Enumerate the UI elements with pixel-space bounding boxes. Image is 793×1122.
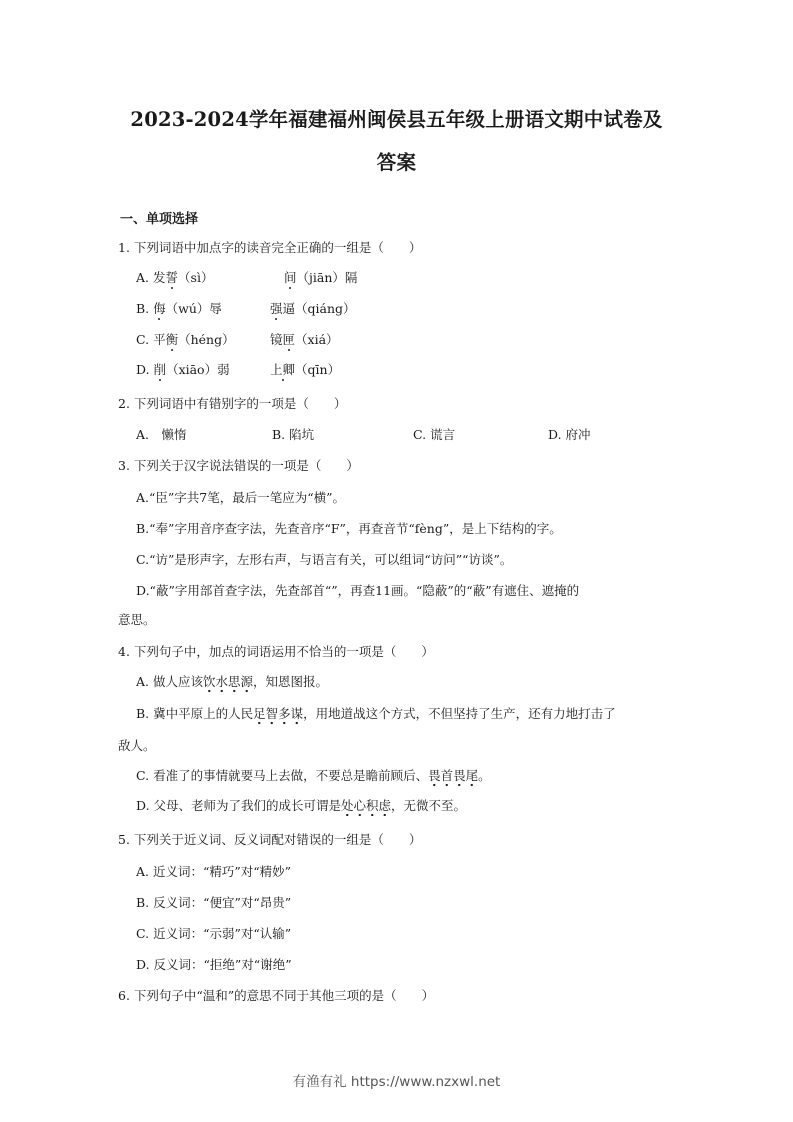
question-2-option-a: A. 懒惰 (136, 427, 187, 443)
question-3-option-c: C.“访”是形声字，左形右声，与语言有关，可以组词“访问”“访谈”。 (136, 552, 512, 568)
question-4-option-a: A. 做人应该饮水思源，知恩图报。 (136, 674, 328, 690)
section-heading: 一、单项选择 (120, 208, 198, 227)
question-1-option-b: B. 侮（wú）辱 强逼（qiáng） (136, 301, 222, 317)
document-title-line2: 答案 (0, 147, 793, 175)
question-1-option-c: C. 平衡（héng） 镜匣（xiá） (136, 332, 235, 348)
dotted-phrase: 处心积虑 (341, 798, 391, 817)
question-2-option-c: C. 谎言 (413, 427, 455, 443)
dotted-phrase: 足智多谋 (253, 706, 303, 725)
question-2-option-b: B. 陷坑 (272, 427, 314, 443)
dotted-char: 上卿 (270, 362, 295, 377)
document-title-line1: 2023-2024学年福建福州闽侯县五年级上册语文期中试卷及 (0, 104, 793, 132)
question-2-stem: 2. 下列词语中有错别字的一项是（ ） (118, 396, 346, 412)
question-4-option-b: B. 冀中平原上的人民足智多谋，用地道战这个方式，不但坚持了生产，还有力地打击了 (136, 706, 616, 722)
question-5-option-d: D. 反义词：“拒绝”对“谢绝” (136, 957, 292, 973)
dotted-char: 间 (284, 270, 297, 285)
question-1-option-a: A. 发誓（sì） 间（jiān）隔 (136, 270, 213, 286)
question-1-option-d: D. 削（xiāo）弱 上卿（qīn） (136, 362, 230, 378)
dotted-char: 匣 (283, 332, 296, 347)
question-5-stem: 5. 下列关于近义词、反义词配对错误的一组是（ ） (118, 832, 421, 848)
footer-watermark: 有渔有礼 https://www.nzxwl.net (0, 1070, 793, 1090)
question-4-option-d: D. 父母、老师为了我们的成长可谓是处心积虑，无微不至。 (136, 798, 466, 814)
question-4-stem: 4. 下列句子中，加点的词语运用不恰当的一项是（ ） (118, 644, 434, 660)
question-3-option-a: A.“臣”字共7笔，最后一笔应为“横”。 (136, 490, 345, 506)
dotted-phrase: 畏首畏尾 (428, 768, 478, 787)
question-3-option-d: D.“蔽”字用部首查字法，先查部首“”，再查11画。“隐蔽”的“蔽”有遮住、遮掩… (136, 583, 579, 599)
question-5-option-c: C. 近义词：“示弱”对“认输” (136, 926, 291, 942)
question-4-option-b-cont: 敌人。 (118, 738, 156, 754)
dotted-char: 强 (270, 301, 283, 316)
question-3-option-d-cont: 意思。 (118, 612, 156, 628)
question-1-stem: 1. 下列词语中加点字的读音完全正确的一组是（ ） (118, 240, 421, 256)
question-5-option-b: B. 反义词：“便宜”对“昂贵” (136, 895, 291, 911)
question-6-stem: 6. 下列句子中“温和”的意思不同于其他三项的是（ ） (118, 988, 434, 1004)
dotted-char: 誓 (166, 270, 179, 285)
dotted-char: 衡 (166, 332, 179, 347)
question-2-option-d: D. 府冲 (548, 427, 591, 443)
dotted-char: 侮 (153, 301, 166, 316)
dotted-phrase: 饮水思源 (203, 674, 253, 693)
question-3-stem: 3. 下列关于汉字说法错误的一项是（ ） (118, 458, 359, 474)
question-3-option-b: B.“奉”字用音序查字法，先查音序“F”，再查音节“fèng”，是上下结构的字。 (136, 521, 562, 537)
question-4-option-c: C. 看准了的事情就要马上去做，不要总是瞻前顾后、畏首畏尾。 (136, 768, 491, 784)
dotted-char: 削 (154, 362, 167, 377)
question-5-option-a: A. 近义词：“精巧”对“精妙” (136, 864, 291, 880)
